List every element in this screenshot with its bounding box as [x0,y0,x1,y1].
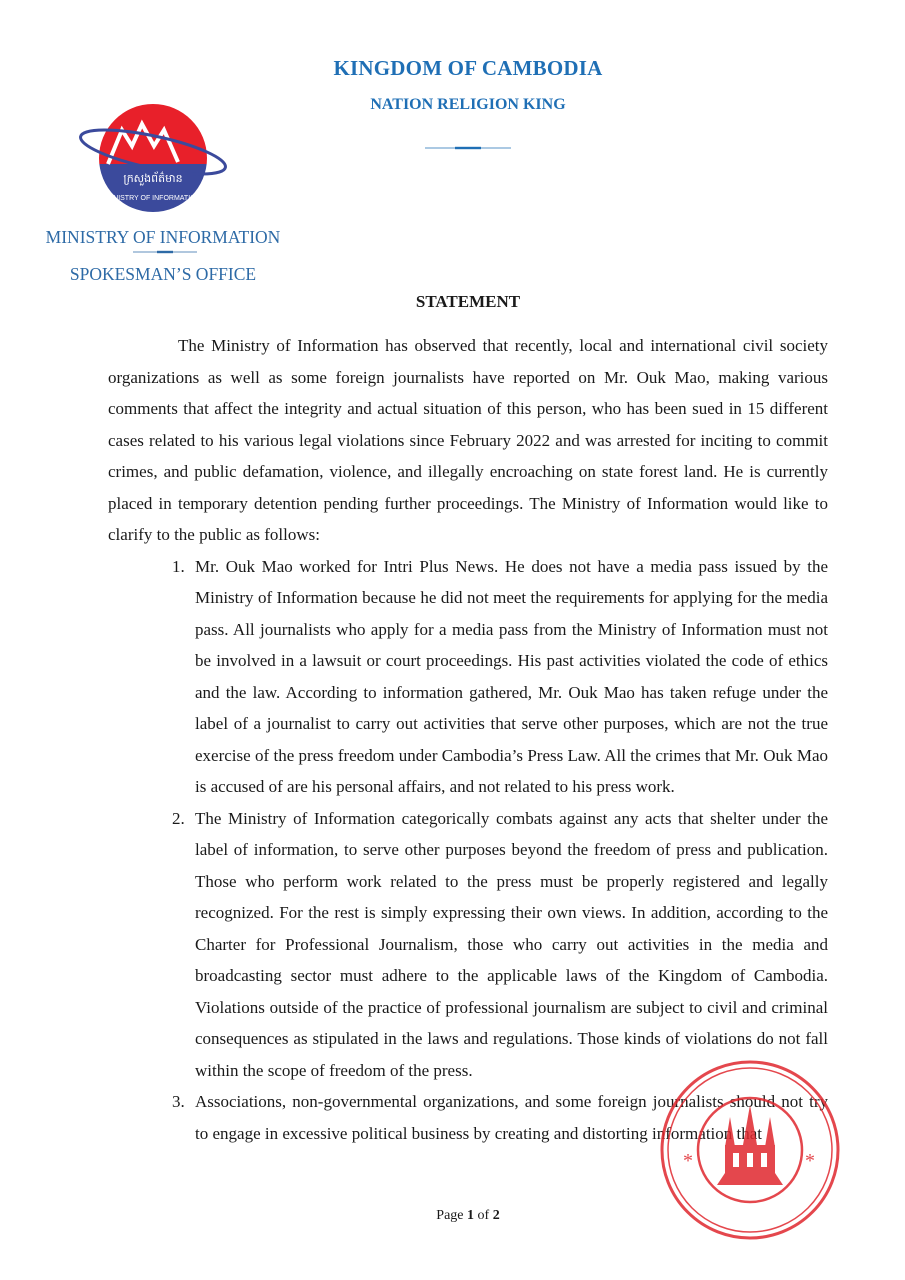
clarification-list: 1. Mr. Ouk Mao worked for Intri Plus New… [108,551,828,1150]
intro-paragraph: The Ministry of Information has observed… [108,330,828,551]
ministry-name: MINISTRY OF INFORMATION [0,227,326,248]
list-number: 3. [172,1086,185,1118]
svg-text:*: * [683,1150,693,1172]
list-text: The Ministry of Information categoricall… [195,809,828,1080]
list-number: 2. [172,803,185,835]
ornament-divider-icon [133,250,197,254]
list-item: 1. Mr. Ouk Mao worked for Intri Plus New… [195,551,828,803]
page-number: Page 1 of 2 [0,1208,905,1224]
logo-english-text: MINISTRY OF INFORMATION [105,195,200,202]
list-text: Mr. Ouk Mao worked for Intri Plus News. … [195,557,828,797]
statement-body: The Ministry of Information has observed… [108,330,828,1149]
svg-text:*: * [805,1150,815,1172]
list-item: 3. Associations, non-governmental organi… [195,1086,828,1149]
list-item: 2. The Ministry of Information categoric… [195,803,828,1087]
list-text: Associations, non-governmental organizat… [195,1092,828,1143]
list-number: 1. [172,551,185,583]
office-name: SPOKESMAN’S OFFICE [0,264,326,285]
document-title: STATEMENT [0,292,905,312]
logo-khmer-text: ក្រសួងព័ត៌មាន [123,171,182,186]
ministry-logo-icon: ក្រសួងព័ត៌មាន MINISTRY OF INFORMATION [78,100,228,230]
ornament-divider-icon [425,146,511,150]
country-heading: KINGDOM OF CAMBODIA [0,56,905,81]
